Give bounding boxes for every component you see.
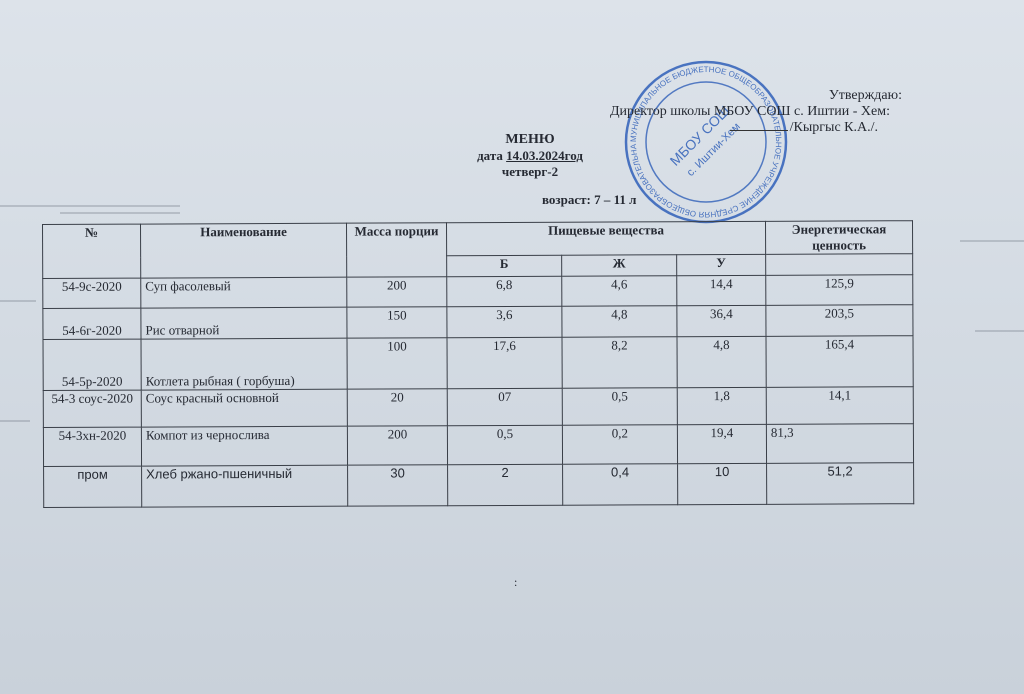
cell-b: 0,5 <box>447 425 562 465</box>
table-row: 54-3хн-2020 Компот из чернослива 200 0,5… <box>43 424 913 467</box>
cell-zh: 4,6 <box>562 276 677 307</box>
paper-streak <box>960 240 1024 242</box>
cell-u: 1,8 <box>677 387 766 424</box>
cell-b: 07 <box>447 388 562 426</box>
cell-energy: 165,4 <box>766 336 913 388</box>
cell-mass: 30 <box>348 465 448 506</box>
cell-u: 4,8 <box>677 336 766 387</box>
approval-block: Утверждаю: Директор школы МБОУ СОШ с. Иш… <box>594 88 924 136</box>
table-row: 54-9с-2020 Суп фасолевый 200 6,8 4,6 14,… <box>43 275 913 309</box>
cell-mass: 200 <box>347 277 447 307</box>
signature-line <box>730 130 788 131</box>
cell-b: 2 <box>448 464 563 506</box>
cell-name: Суп фасолевый <box>141 277 347 308</box>
cell-zh: 0,4 <box>563 464 678 506</box>
cell-u: 10 <box>678 463 767 504</box>
table-row: 54-6г-2020 Рис отварной 150 3,6 4,8 36,4… <box>43 305 913 340</box>
column-header-u: У <box>677 254 766 275</box>
table-row: пром Хлеб ржано-пшеничный 30 2 0,4 10 51… <box>44 463 914 508</box>
cell-zh: 8,2 <box>562 337 677 389</box>
cell-num: 54-5р-2020 <box>43 339 141 390</box>
cell-num: 54-6г-2020 <box>43 308 141 339</box>
menu-date: дата 14.03.2024год <box>420 148 640 164</box>
column-header-zh: Ж <box>562 255 677 277</box>
cell-b: 17,6 <box>447 337 562 389</box>
menu-age: возраст: 7 – 11 л <box>542 192 636 208</box>
svg-text:МУНИЦИПАЛЬНОЕ БЮДЖЕТНОЕ ОБЩЕОБ: МУНИЦИПАЛЬНОЕ БЮДЖЕТНОЕ ОБЩЕОБРАЗОВАТЕЛЬ… <box>622 58 783 219</box>
cell-name: Котлета рыбная ( горбуша) <box>141 338 347 390</box>
cell-energy: 125,9 <box>766 275 913 306</box>
cell-zh: 0,5 <box>562 388 677 426</box>
paper-streak <box>60 212 180 214</box>
paper-streak <box>0 205 180 207</box>
cell-num: 54-9с-2020 <box>43 278 141 308</box>
cell-zh: 0,2 <box>562 425 677 465</box>
cell-mass: 100 <box>347 338 447 389</box>
cell-energy: 81,3 <box>766 424 913 464</box>
approval-position: Директор школы МБОУ СОШ с. Иштии - Хем: <box>594 104 924 120</box>
paper-streak <box>975 330 1024 332</box>
cell-num: 54-3хн-2020 <box>43 427 141 466</box>
cell-energy: 51,2 <box>767 463 914 505</box>
cell-mass: 20 <box>347 389 447 426</box>
column-header-b: Б <box>447 255 562 277</box>
footer-mark: : <box>514 575 517 590</box>
paper-streak <box>0 300 36 302</box>
cell-u: 19,4 <box>677 424 766 463</box>
menu-day: четверг-2 <box>420 164 640 180</box>
cell-b: 6,8 <box>447 276 562 307</box>
page-title: МЕНЮ <box>420 132 640 148</box>
cell-energy: 203,5 <box>766 305 913 337</box>
menu-header: МЕНЮ дата 14.03.2024год четверг-2 <box>420 132 640 180</box>
cell-u: 36,4 <box>677 305 766 336</box>
approval-heading: Утверждаю: <box>594 88 924 104</box>
school-stamp-icon: МУНИЦИПАЛЬНОЕ БЮДЖЕТНОЕ ОБЩЕОБРАЗОВАТЕЛЬ… <box>622 58 790 226</box>
approval-signature: /Кыргыс К.А./. <box>594 120 924 136</box>
date-label: дата <box>477 148 503 163</box>
cell-u: 14,4 <box>677 275 766 305</box>
table-row: 54-3 соус-2020 Соус красный основной 20 … <box>43 387 913 428</box>
cell-name: Рис отварной <box>141 307 347 339</box>
date-value: 14.03.2024год <box>506 148 583 163</box>
cell-num: пром <box>44 466 142 507</box>
column-header-nutrients: Пищевые вещества <box>446 221 765 255</box>
cell-mass: 150 <box>347 307 447 338</box>
cell-name: Компот из чернослива <box>141 426 347 466</box>
column-header-name: Наименование <box>141 223 347 278</box>
column-header-mass: Масса порции <box>346 223 446 277</box>
paper-streak <box>0 420 30 422</box>
column-header-num: № <box>43 224 141 278</box>
column-header-energy: Энергетическая ценность <box>765 221 912 255</box>
cell-zh: 4,8 <box>562 306 677 338</box>
cell-energy: 14,1 <box>766 387 913 425</box>
cell-mass: 200 <box>347 426 447 465</box>
menu-table: № Наименование Масса порции Пищевые веще… <box>42 220 914 508</box>
cell-b: 3,6 <box>447 306 562 338</box>
director-name: /Кыргыс К.А./. <box>790 120 878 135</box>
column-header-energy-sub <box>766 254 913 276</box>
table-row: 54-5р-2020 Котлета рыбная ( горбуша) 100… <box>43 336 913 391</box>
cell-num: 54-3 соус-2020 <box>43 390 141 427</box>
cell-name: Соус красный основной <box>141 389 347 427</box>
cell-name: Хлеб ржано-пшеничный <box>142 465 348 507</box>
